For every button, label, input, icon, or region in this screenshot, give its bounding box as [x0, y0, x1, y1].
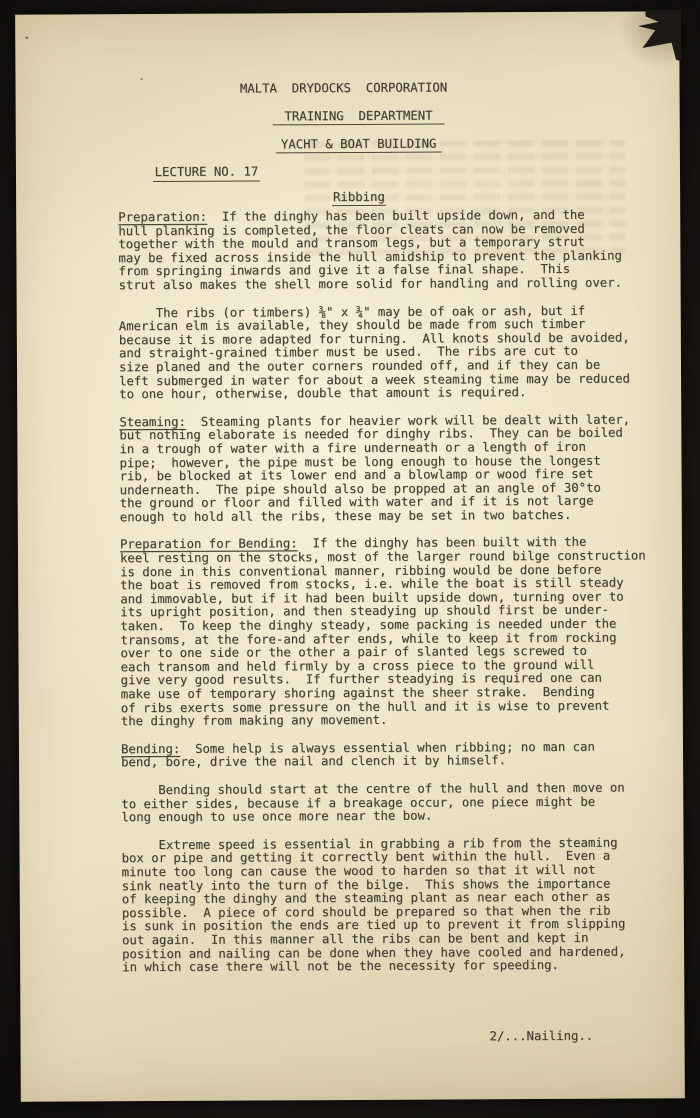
paragraph-text: Some help is always essential when ribbi…: [121, 740, 595, 770]
paragraph-text: If the dinghy has been built with the ke…: [120, 535, 646, 728]
paragraph-text: Extreme speed is essential in grabbing a…: [121, 835, 625, 974]
section-label: Steaming:: [119, 415, 186, 429]
paragraph-steaming: Steaming: Steaming plants for heavier wo…: [119, 413, 668, 525]
paragraph-bending: Bending: Some help is always essential w…: [121, 740, 669, 770]
paragraph-text: Steaming plants for heavier work will be…: [119, 412, 630, 524]
section-label: Preparation for Bending:: [120, 537, 298, 552]
paragraph-text: Bending should start at the centre of th…: [121, 781, 625, 825]
paragraph-text: The ribs (or timbers) ⅜" x ¾" may be of …: [119, 303, 630, 401]
scan-background: { "colors": { "paper": "#ebe1c3", "ink":…: [0, 0, 700, 1118]
paper-speck: [25, 37, 28, 39]
section-label: Preparation:: [118, 210, 207, 224]
continuation-note: 2/...Nailing..: [489, 1030, 593, 1044]
paragraph-preparation-for-bending: Preparation for Bending: If the dinghy h…: [120, 536, 669, 729]
paragraph-ribs: The ribs (or timbers) ⅜" x ¾" may be of …: [119, 304, 667, 402]
page-title-label: Ribbing: [332, 190, 386, 206]
paragraph-bending-start: Bending should start at the centre of th…: [121, 781, 669, 825]
paragraph-preparation: Preparation: If the dinghy has been buil…: [118, 208, 666, 292]
document-page: MALTA DRYDOCKS CORPORATION TRAINING DEPA…: [15, 11, 685, 1101]
section-label: Bending:: [121, 742, 180, 756]
paper-speck: [140, 78, 142, 80]
course-subject-label: YACHT & BOAT BUILDING: [276, 137, 442, 153]
paragraph-extreme-speed: Extreme speed is essential in grabbing a…: [121, 836, 670, 975]
document-body: Preparation: If the dinghy has been buil…: [118, 208, 670, 989]
